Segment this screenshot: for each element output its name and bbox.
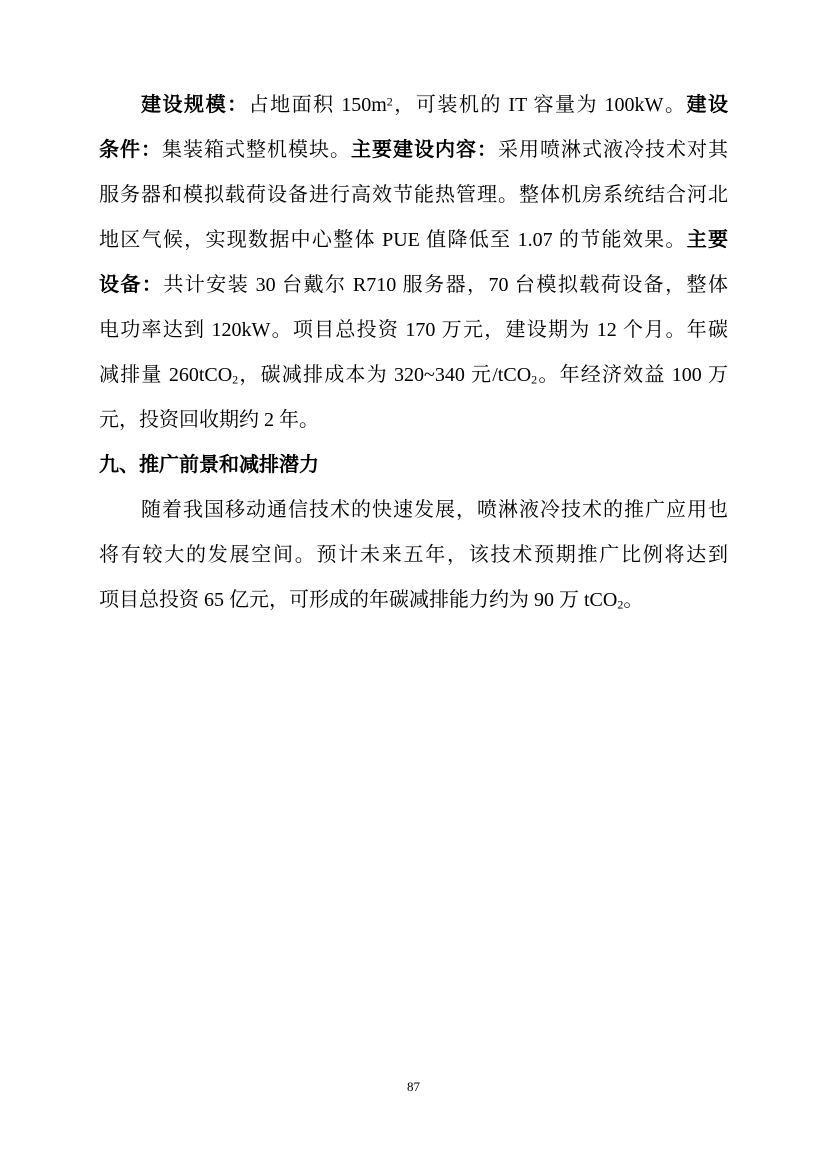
text-segment: 元，投资回收期约 2 年。 (99, 409, 319, 431)
text-segment: 建设规模： (141, 94, 249, 116)
text-line: 减排量 260tCO2，碳减排成本为 320~340 元/tCO2。年经济效益 … (99, 353, 728, 398)
text-segment: 随着我国移动通信技术的快速发展，喷淋液冷技术的推广应用也 (141, 499, 728, 521)
text-line: 地区气候，实现数据中心整体 PUE 值降低至 1.07 的节能效果。主要 (99, 218, 728, 263)
text-line: 服务器和模拟载荷设备进行高效节能热管理。整体机房系统结合河北 (99, 173, 728, 218)
text-line: 将有较大的发展空间。预计未来五年，该技术预期推广比例将达到 3%， (99, 533, 728, 578)
text-segment: 减排量 260tCO (99, 364, 232, 386)
text-segment: 项目总投资 65 亿元，可形成的年碳减排能力约为 90 万 tCO (99, 589, 617, 611)
text-segment: 条件： (99, 139, 162, 161)
text-segment: 服务器和模拟载荷设备进行高效节能热管理。整体机房系统结合河北 (99, 184, 728, 206)
text-segment: 共计安装 30 台戴尔 R710 服务器，70 台模拟载荷设备，整体 (163, 274, 728, 296)
page-number: 87 (0, 1079, 827, 1095)
document-body: 建设规模：占地面积 150m2，可装机的 IT 容量为 100kW。建设条件：集… (99, 83, 728, 623)
section-heading: 九、推广前景和减排潜力 (99, 443, 728, 488)
text-line: 条件：集装箱式整机模块。主要建设内容：采用喷淋式液冷技术对其 (99, 128, 728, 173)
text-segment: 占地面积 150m (249, 94, 387, 116)
document-page: 建设规模：占地面积 150m2，可装机的 IT 容量为 100kW。建设条件：集… (0, 0, 827, 1169)
text-segment: 九、推广前景和减排潜力 (99, 454, 319, 476)
text-segment: 将有较大的发展空间。预计未来五年，该技术预期推广比例将达到 3%， (99, 544, 728, 578)
text-segment: 采用喷淋式液冷技术对其 (498, 139, 728, 161)
text-segment: 主要 (687, 229, 728, 251)
text-line: 电功率达到 120kW。项目总投资 170 万元，建设期为 12 个月。年碳 (99, 308, 728, 353)
text-segment: 集装箱式整机模块。 (162, 139, 351, 161)
text-line: 元，投资回收期约 2 年。 (99, 398, 728, 443)
text-line: 建设规模：占地面积 150m2，可装机的 IT 容量为 100kW。建设 (99, 83, 728, 128)
text-segment: ，碳减排成本为 320~340 元/tCO (238, 364, 531, 386)
text-line: 随着我国移动通信技术的快速发展，喷淋液冷技术的推广应用也 (99, 488, 728, 533)
text-line: 项目总投资 65 亿元，可形成的年碳减排能力约为 90 万 tCO2。 (99, 578, 728, 623)
text-line: 设备：共计安装 30 台戴尔 R710 服务器，70 台模拟载荷设备，整体 (99, 263, 728, 308)
text-segment: 建设 (686, 94, 728, 116)
text-segment: 地区气候，实现数据中心整体 PUE 值降低至 1.07 的节能效果。 (99, 229, 687, 251)
text-segment: 。 (623, 589, 643, 611)
text-segment: ，可装机的 IT 容量为 100kW。 (393, 94, 687, 116)
text-segment: 电功率达到 120kW。项目总投资 170 万元，建设期为 12 个月。年碳 (99, 319, 728, 341)
text-segment: 设备： (99, 274, 163, 296)
text-segment: 。年经济效益 100 万 (537, 364, 728, 386)
text-segment: 主要建设内容： (351, 139, 498, 161)
